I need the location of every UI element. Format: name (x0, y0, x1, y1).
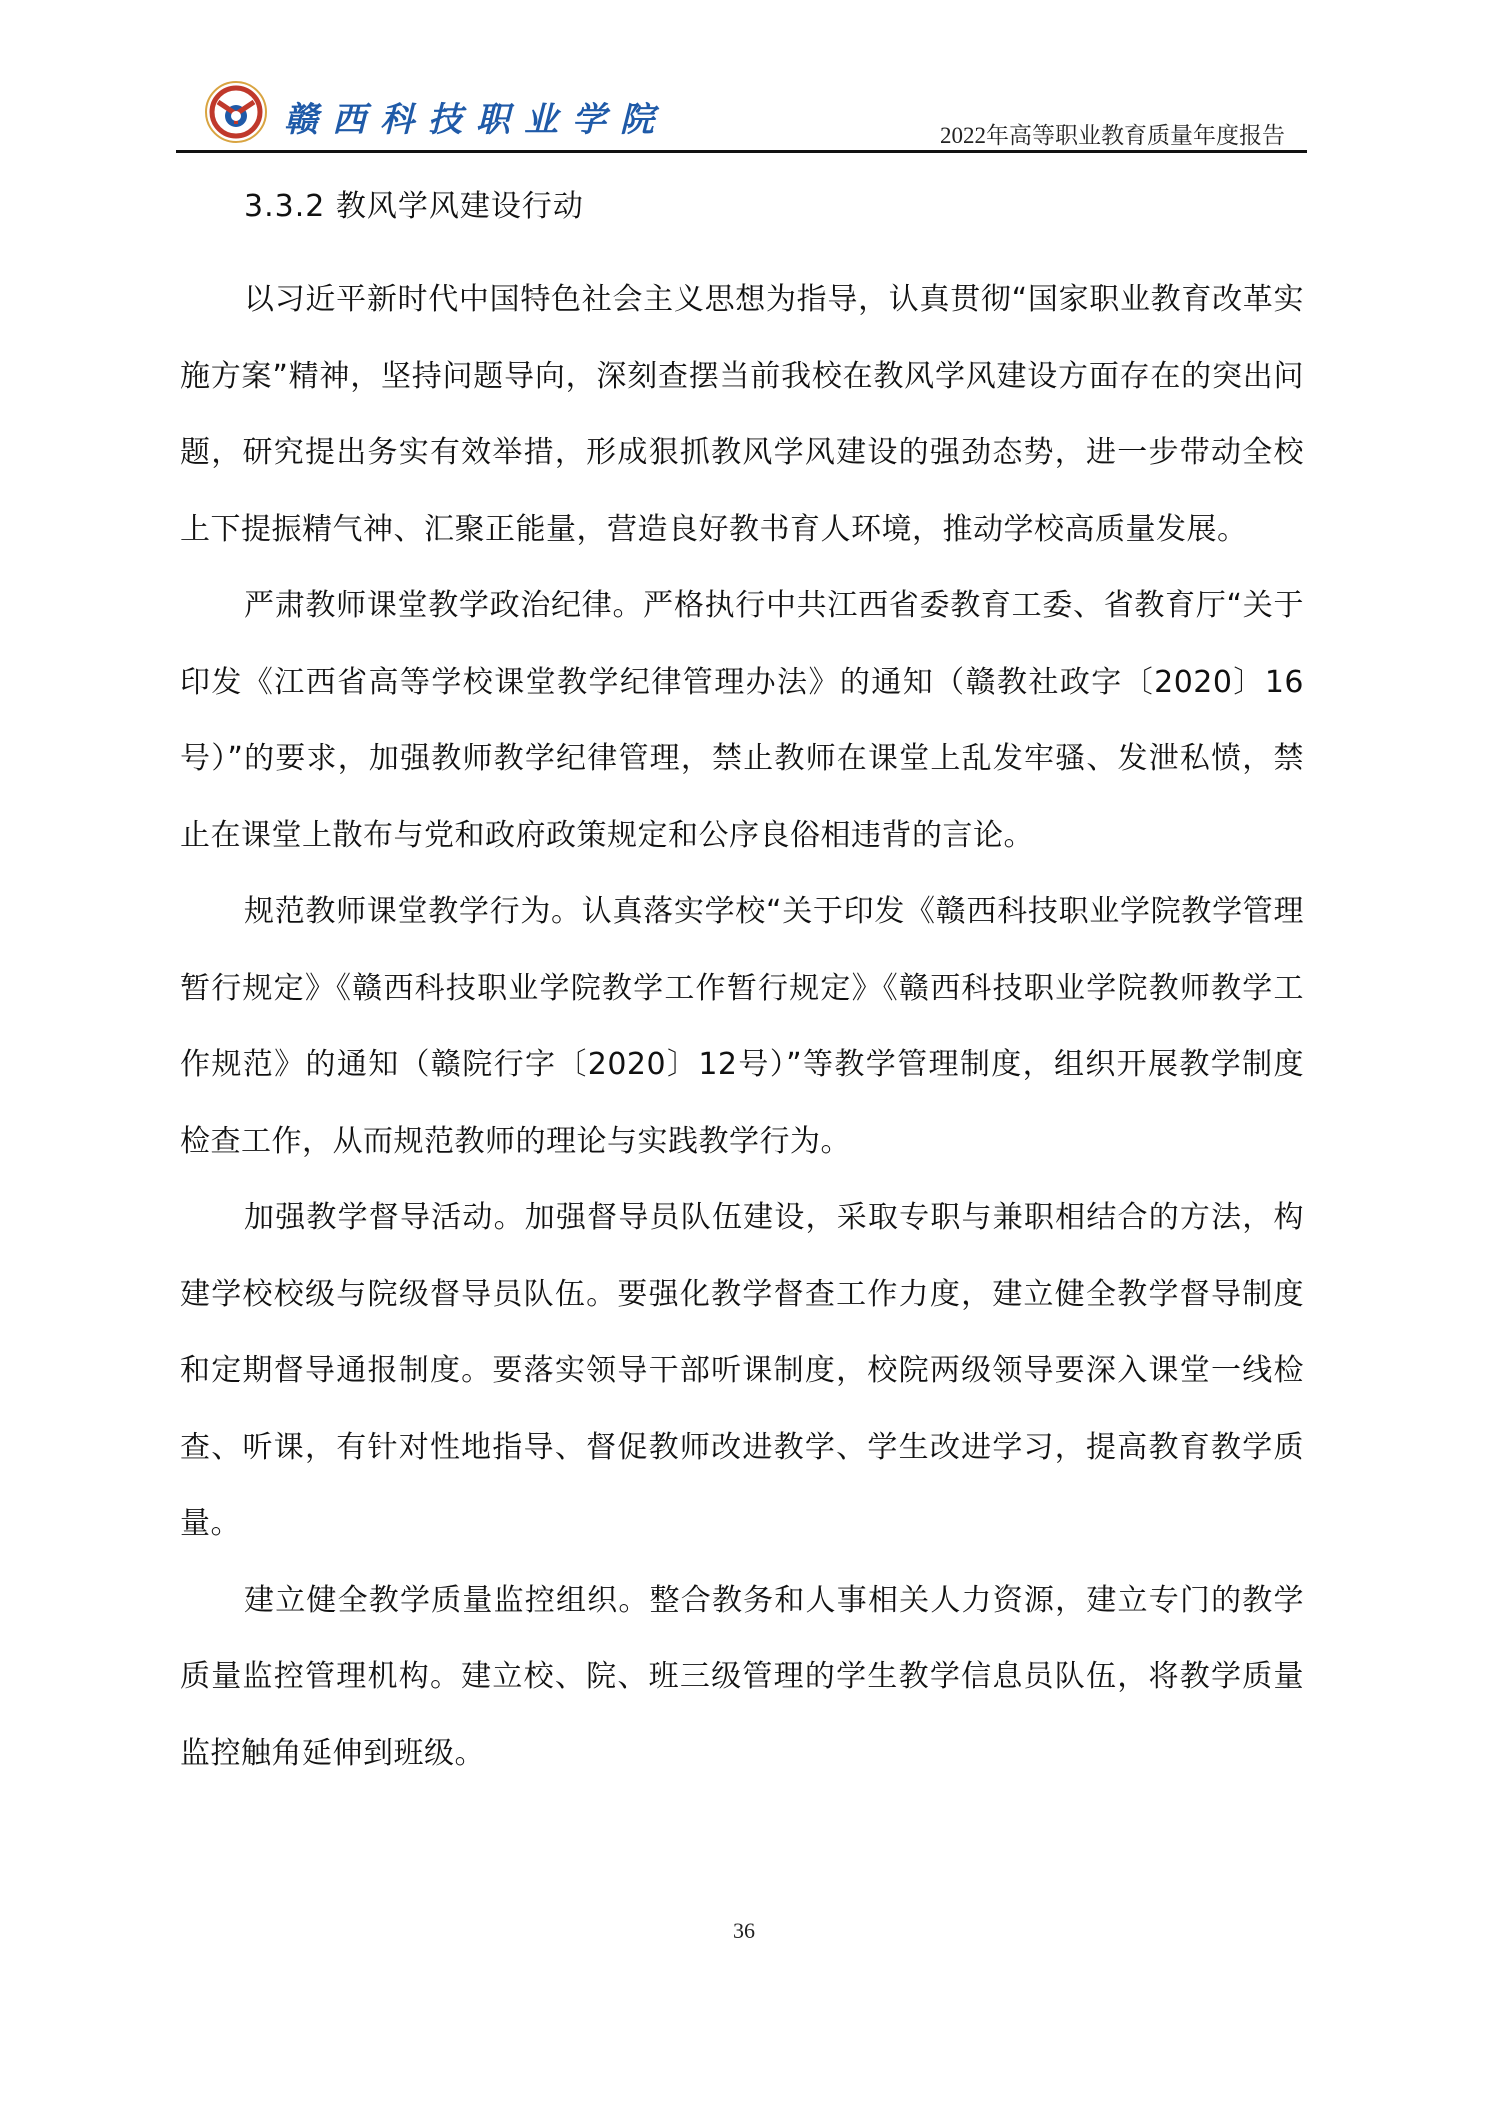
paragraph-political-discipline: 严肃教师课堂教学政治纪律。严格执行中共江西省委教育工委、省教育厅“关于印发《江西… (180, 568, 1304, 874)
header-divider (176, 150, 1307, 153)
page-number: 36 (0, 1918, 1488, 1944)
paragraph-intro: 以习近平新时代中国特色社会主义思想为指导，认真贯彻“国家职业教育改革实施方案”精… (180, 262, 1304, 568)
page-header: 赣西科技职业学院 2022年高等职业教育质量年度报告 (176, 70, 1307, 152)
school-name: 赣西科技职业学院 (284, 92, 668, 141)
report-title: 2022年高等职业教育质量年度报告 (940, 117, 1285, 150)
paragraph-teaching-conduct: 规范教师课堂教学行为。认真落实学校“关于印发《赣西科技职业学院教学管理暂行规定》… (180, 874, 1304, 1180)
paragraph-quality-monitoring: 建立健全教学质量监控组织。整合教务和人事相关人力资源，建立专门的教学质量监控管理… (180, 1563, 1304, 1793)
section-heading: 3.3.2 教风学风建设行动 (244, 186, 1304, 228)
school-emblem-icon (204, 80, 268, 144)
paragraph-supervision: 加强教学督导活动。加强督导员队伍建设，采取专职与兼职相结合的方法，构建学校校级与… (180, 1180, 1304, 1563)
document-body: 3.3.2 教风学风建设行动 以习近平新时代中国特色社会主义思想为指导，认真贯彻… (180, 186, 1304, 1792)
